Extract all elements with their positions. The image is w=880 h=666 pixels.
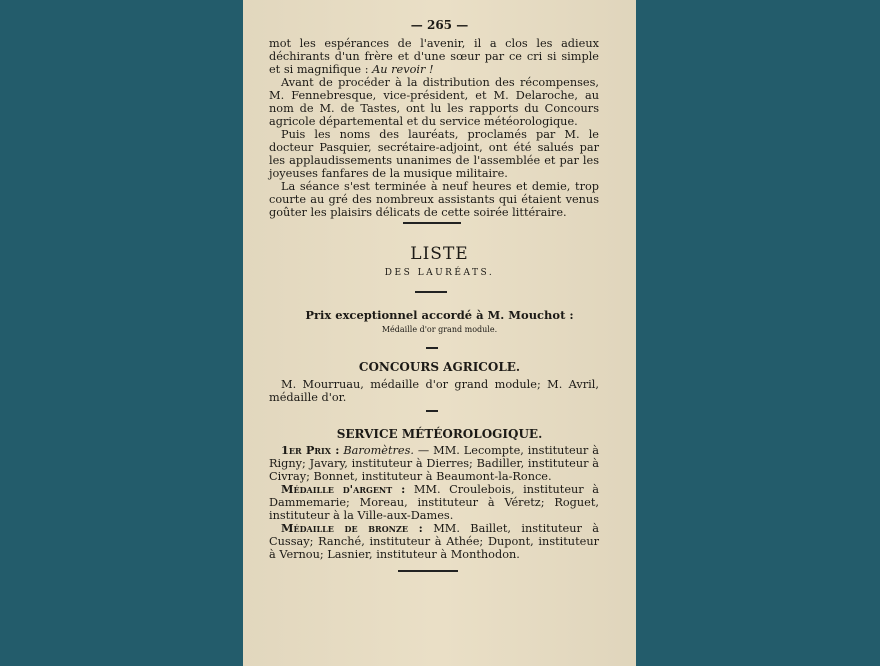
section-meteo-text: 1er Prix : Baromètres. — MM. Lecompte, i… (269, 444, 599, 561)
au-revoir: Au revoir ! (372, 63, 433, 76)
scanned-page: — 265 — mot les espérances de l'avenir, … (243, 0, 636, 666)
divider-rule (415, 291, 447, 293)
intro-paragraph-1: mot les espérances de l'avenir, il a clo… (269, 37, 599, 76)
page-number: — 265 — (243, 18, 636, 32)
section-title-meteo: SERVICE MÉTÉOROLOGIQUE. (243, 427, 636, 441)
prix-exceptionnel: Prix exceptionnel accordé à M. Mouchot : (243, 308, 636, 322)
divider-dash (426, 410, 438, 412)
divider-rule (403, 222, 461, 224)
liste-subtitle: DES LAURÉATS. (243, 268, 636, 278)
liste-title: LISTE (243, 244, 636, 264)
intro-paragraph-2: Avant de procéder à la distribution des … (269, 76, 599, 128)
divider-dash (426, 347, 438, 349)
intro-text: mot les espérances de l'avenir, il a clo… (269, 37, 599, 219)
meteo-entry-3: Médaille de bronze : MM. Baillet, instit… (269, 522, 599, 561)
section-title-agricole: CONCOURS AGRICOLE. (243, 360, 636, 374)
intro-paragraph-4: La séance s'est terminée à neuf heures e… (269, 180, 599, 219)
prix-exceptionnel-sub: Médaille d'or grand module. (243, 325, 636, 334)
intro-paragraph-3: Puis les noms des lauréats, proclamés pa… (269, 128, 599, 180)
meteo-entry-2: Médaille d'argent : MM. Croulebois, inst… (269, 483, 599, 522)
end-rule (398, 570, 458, 572)
meteo-entry-1: 1er Prix : Baromètres. — MM. Lecompte, i… (269, 444, 599, 483)
section-agricole-text: M. Mourruau, médaille d'or grand module;… (269, 378, 599, 404)
